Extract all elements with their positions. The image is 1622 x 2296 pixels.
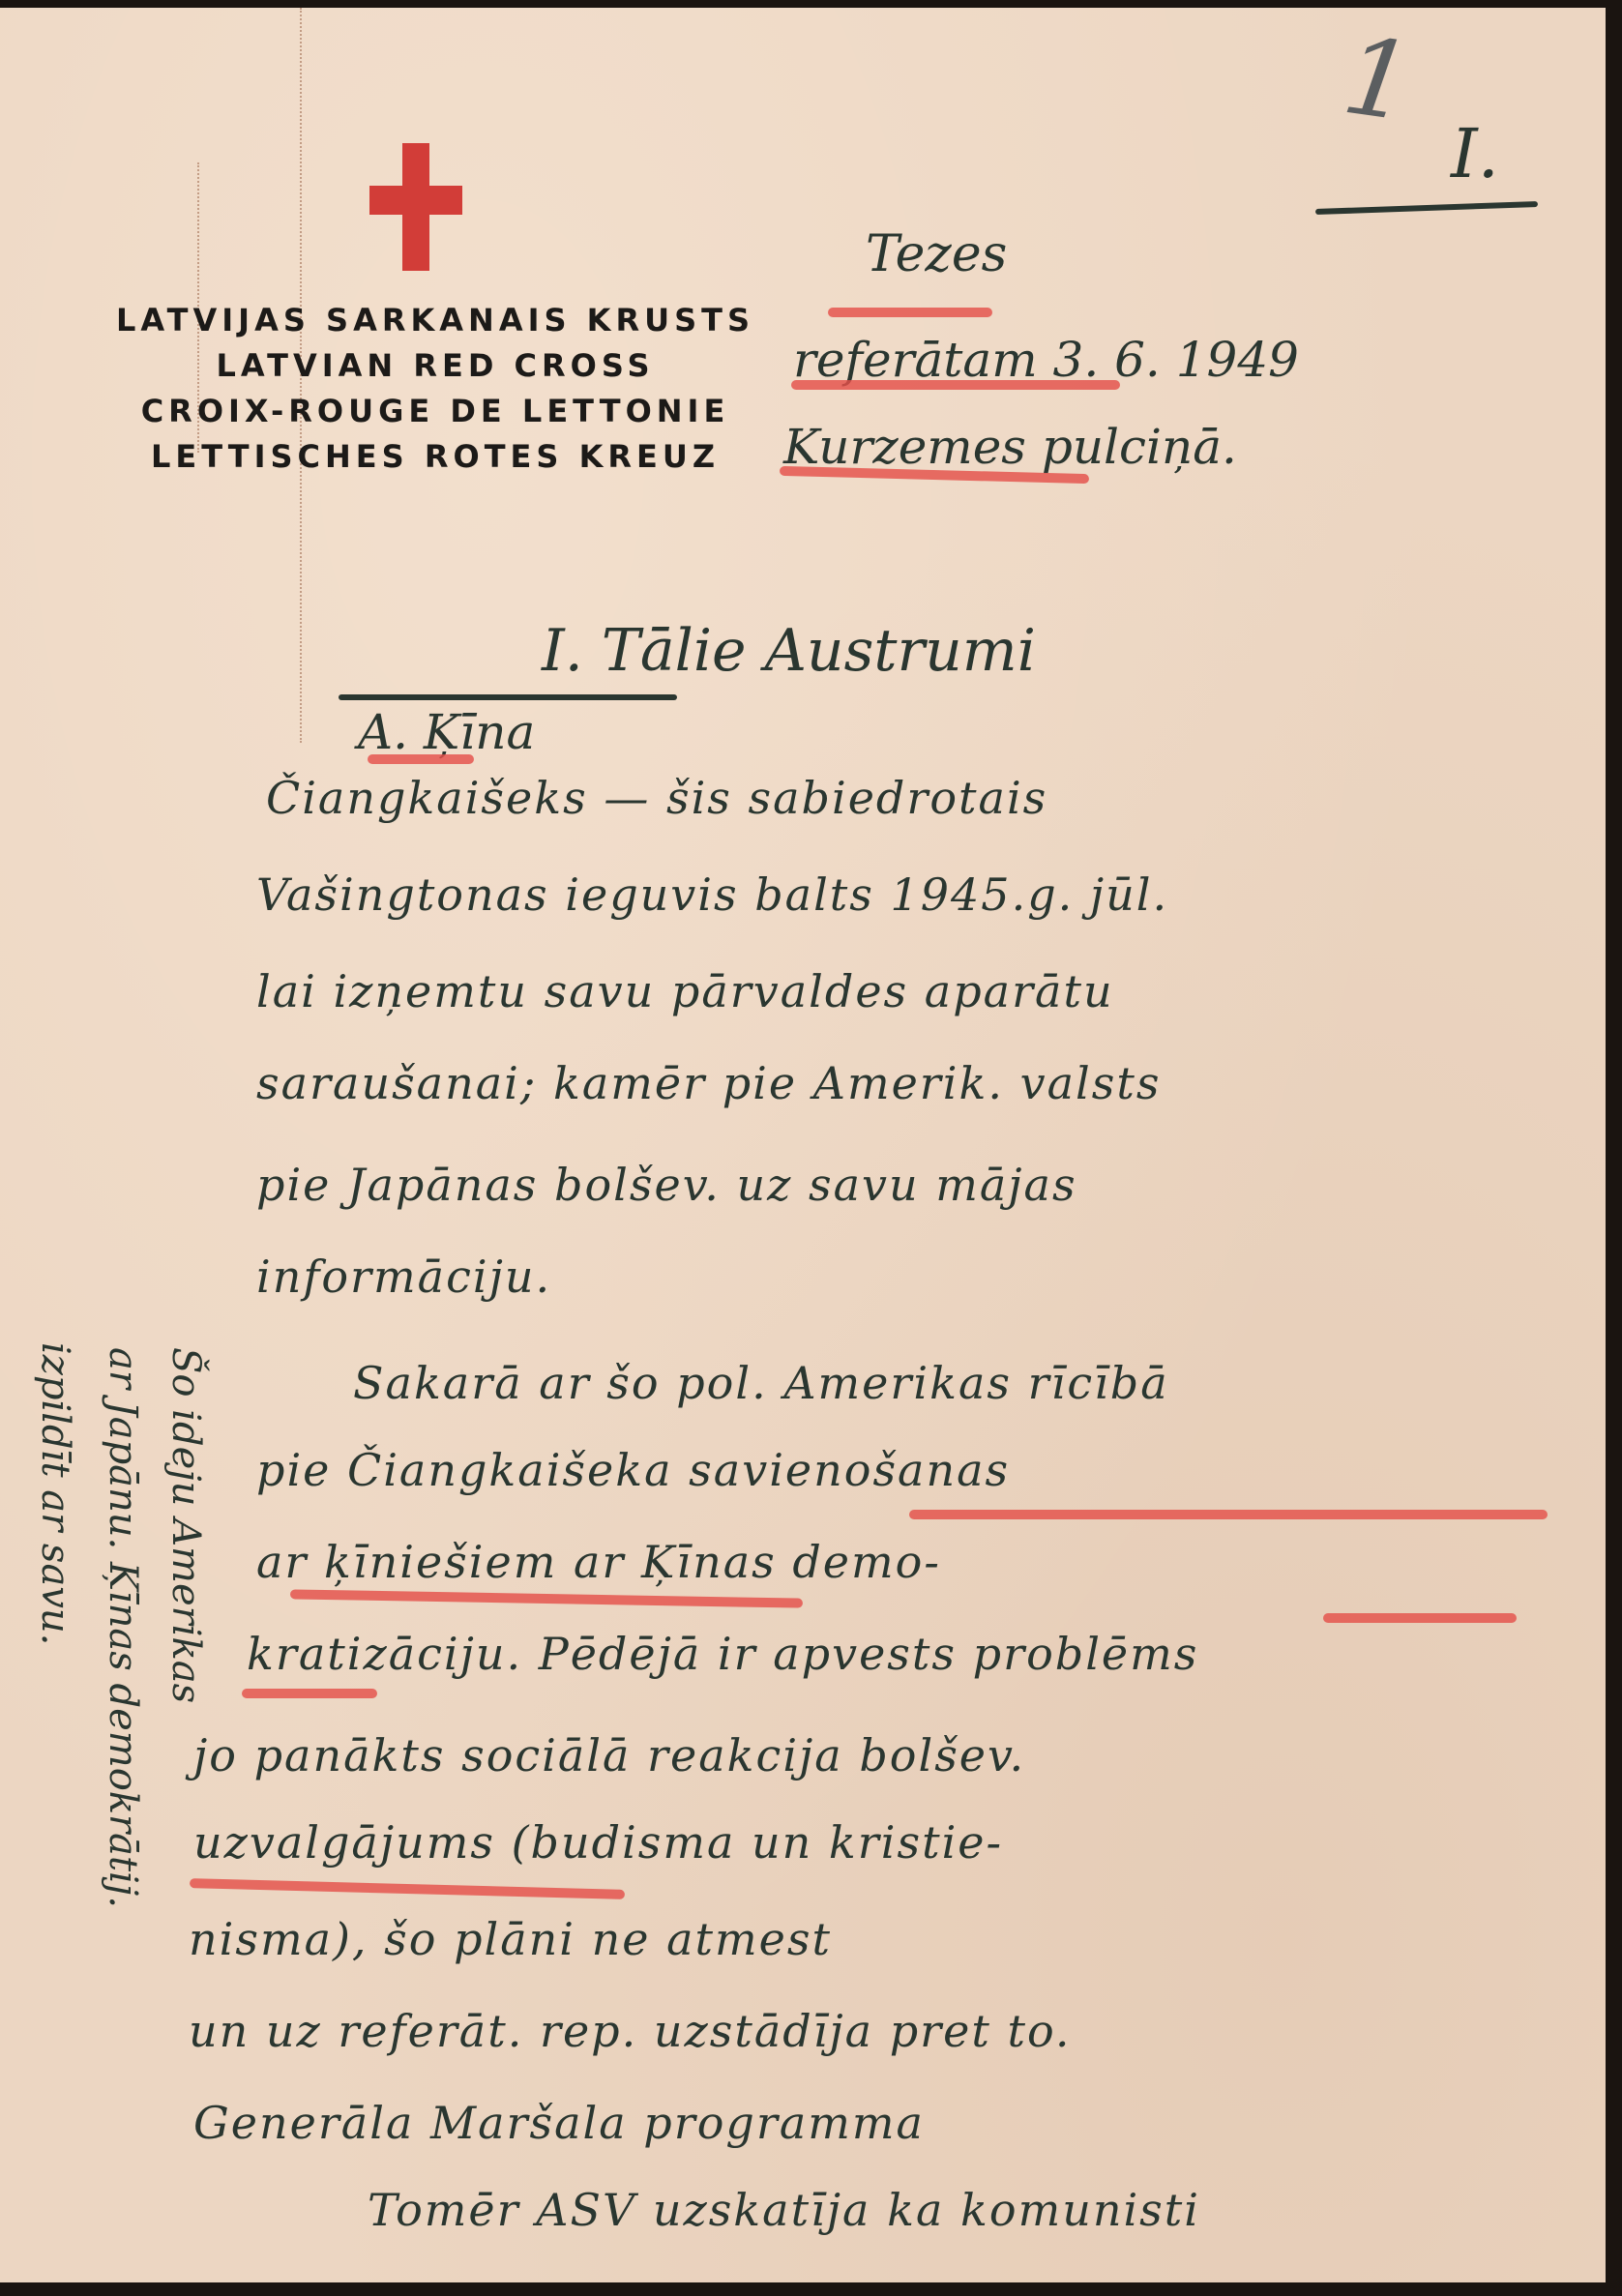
body-line: Tomēr ASV uzskatīja ka komunisti xyxy=(368,2184,1200,2236)
letterhead-line-french: CROIX-ROUGE DE LETTONIE xyxy=(97,389,774,434)
document-page: LATVIJAS SARKANAIS KRUSTS LATVIAN RED CR… xyxy=(0,8,1606,2282)
body-line: nisma), šo plāni ne atmest xyxy=(189,1913,832,1965)
body-line: Sakarā ar šo pol. Amerikas rīcībā xyxy=(353,1357,1169,1409)
letterhead: LATVIJAS SARKANAIS KRUSTS LATVIAN RED CR… xyxy=(97,298,774,480)
pencil-page-number: 1 xyxy=(1336,14,1420,145)
body-line: uzvalgājums (budisma un kristie- xyxy=(193,1816,1003,1869)
margin-note-line: izpildīt ar savu. xyxy=(33,1342,77,1645)
red-underline xyxy=(242,1689,377,1698)
red-underline xyxy=(190,1878,625,1899)
red-underline xyxy=(909,1510,1548,1519)
red-underline xyxy=(791,380,1120,390)
letterhead-line-german: LETTISCHES ROTES KREUZ xyxy=(97,434,774,480)
body-line: un uz referāt. rep. uzstādīja pret to. xyxy=(189,2005,1071,2057)
body-line: Generāla Maršala programma xyxy=(193,2097,925,2149)
body-line: Vašingtonas ieguvis balts 1945.g. jūl. xyxy=(256,868,1168,921)
margin-note-line: ar Japānu. Ķīnas demokrātij. xyxy=(101,1347,145,1908)
roman-numeral-marker: I. xyxy=(1451,114,1499,193)
heading-pulcina: Kurzemes pulciņā. xyxy=(783,419,1237,475)
margin-note-line: Šo ideju Amerikas xyxy=(163,1347,208,1703)
body-line: jo panākts sociālā reakcija bolšev. xyxy=(193,1729,1025,1781)
red-cross-icon xyxy=(369,143,462,271)
red-underline xyxy=(368,754,474,764)
letterhead-line-english: LATVIAN RED CROSS xyxy=(97,343,774,389)
letterhead-line-latvian: LATVIJAS SARKANAIS KRUSTS xyxy=(97,298,774,343)
body-line: informāciju. xyxy=(256,1251,551,1303)
section-title: I. Tālie Austrumi xyxy=(542,617,1036,685)
heading-tezes: Tezes xyxy=(866,225,1007,283)
marker-underline xyxy=(1315,201,1538,215)
red-underline xyxy=(290,1589,803,1607)
subsection-title: A. Ķīna xyxy=(358,704,535,760)
red-underline xyxy=(828,308,992,317)
section-title-underline xyxy=(339,694,677,700)
body-line: Čiangkaišeks — šis sabiedrotais xyxy=(266,772,1047,824)
red-underline xyxy=(1323,1613,1517,1623)
body-line: ar ķīniešiem ar Ķīnas demo- xyxy=(256,1536,941,1588)
body-line: kratizāciju. Pēdējā ir apvests problēms xyxy=(247,1628,1198,1680)
body-line: pie Čiangkaišeka savienošanas xyxy=(256,1444,1010,1496)
body-line: pie Japānas bolšev. uz savu mājas xyxy=(256,1159,1077,1211)
body-line: saraušanai; kamēr pie Amerik. valsts xyxy=(256,1057,1161,1109)
body-line: lai izņemtu savu pārvaldes aparātu xyxy=(256,965,1114,1017)
